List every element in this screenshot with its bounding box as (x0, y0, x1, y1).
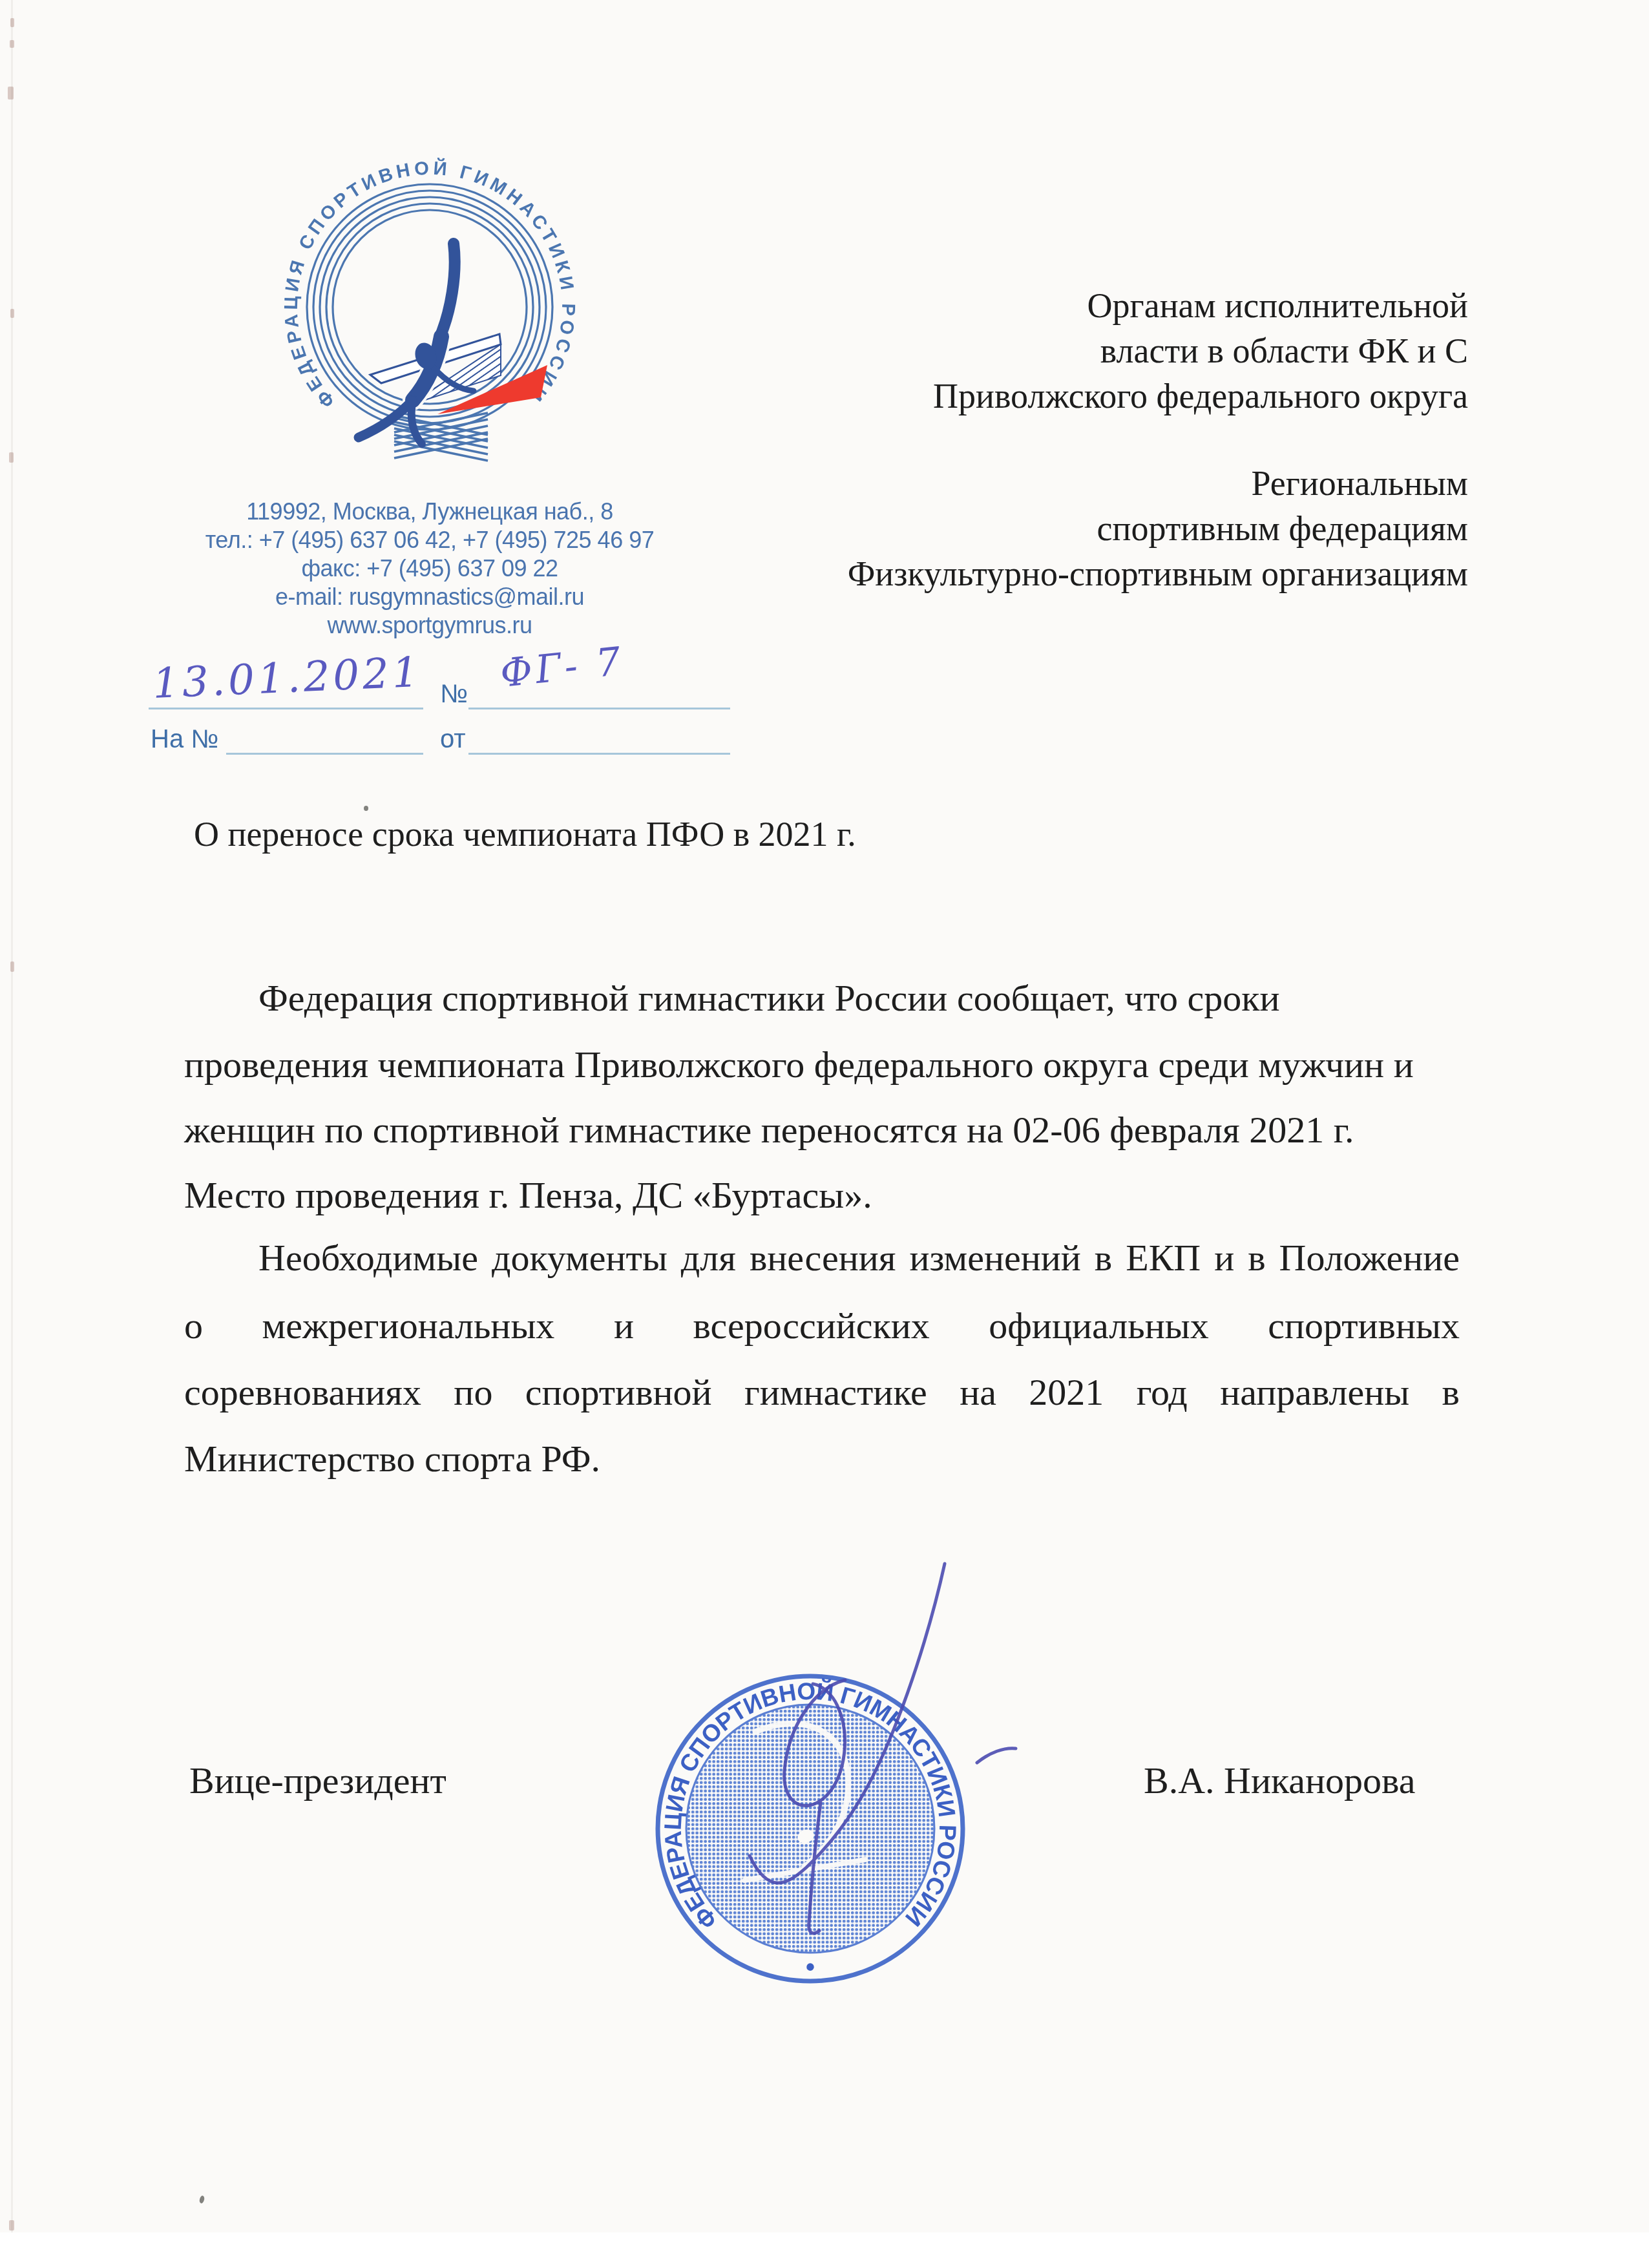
recipient-line: Региональным (848, 461, 1468, 506)
body-line: соревнованиях по спортивной гимнастике н… (184, 1370, 1460, 1415)
reply-underline (226, 753, 423, 755)
signature-tick-stroke (977, 1748, 1016, 1763)
letterhead-contact-block: 119992, Москва, Лужнецкая наб., 8 тел.: … (139, 498, 720, 640)
recipient-line: спортивным федерациям (848, 506, 1468, 551)
signatory-name: В.А. Никанорова (1144, 1759, 1415, 1802)
body-line: о межрегиональных и всероссийских официа… (184, 1303, 1460, 1349)
federation-logo: ФЕДЕРАЦИЯ СПОРТИВНОЙ ГИМНАСТИКИ РОССИИ (275, 152, 585, 462)
number-underline (468, 708, 730, 709)
scan-artifact (9, 2220, 14, 2231)
scanned-letter-page: ФЕДЕРАЦИЯ СПОРТИВНОЙ ГИМНАСТИКИ РОССИИ (0, 0, 1649, 2268)
signatory-title: Вице-президент (189, 1759, 446, 1802)
handwritten-number: ФГ- 7 (498, 638, 626, 697)
body-line: Федерация спортивной гимнастики России с… (184, 976, 1460, 1021)
reply-to-label: На № (151, 725, 218, 754)
scan-bottom-edge (0, 2232, 1649, 2268)
scan-artifact (10, 309, 14, 318)
contact-address: 119992, Москва, Лужнецкая наб., 8 (139, 498, 720, 526)
body-line: проведения чемпионата Приволжского федер… (184, 1042, 1460, 1087)
contact-phone: тел.: +7 (495) 637 06 42, +7 (495) 725 4… (139, 526, 720, 554)
body-line: Необходимые документы для внесения измен… (184, 1235, 1460, 1281)
federation-round-stamp: ФЕДЕРАЦИЯ СПОРТИВНОЙ ГИМНАСТИКИ РОССИИ • (649, 1667, 972, 1990)
contact-email: e-mail: rusgymnastics@mail.ru (139, 583, 720, 611)
contact-website: www.sportgymrus.ru (139, 611, 720, 640)
body-line: Министерство спорта РФ. (184, 1436, 1460, 1482)
contact-fax: факс: +7 (495) 637 09 22 (139, 554, 720, 583)
gymnastics-federation-emblem-icon: ФЕДЕРАЦИЯ СПОРТИВНОЙ ГИМНАСТИКИ РОССИИ (275, 152, 585, 462)
recipient-line: Физкультурно-спортивным организациям (848, 551, 1468, 596)
subject-line: О переносе срока чемпионата ПФО в 2021 г… (194, 814, 856, 854)
stamp-separator-dot: • (806, 1953, 815, 1982)
ink-speck (364, 806, 368, 811)
ink-speck (199, 2195, 205, 2203)
date-underline (149, 708, 423, 709)
from-label: от (440, 725, 466, 754)
body-line: женщин по спортивной гимнастике перенося… (184, 1108, 1460, 1153)
recipient-line: власти в области ФК и С (848, 328, 1468, 373)
scan-edge-strip (11, 0, 13, 2232)
scan-artifact (10, 40, 14, 48)
scan-artifact (10, 961, 14, 972)
number-label: № (440, 680, 468, 709)
scan-artifact (10, 18, 14, 27)
round-stamp-icon: ФЕДЕРАЦИЯ СПОРТИВНОЙ ГИМНАСТИКИ РОССИИ • (649, 1667, 972, 1990)
scan-artifact (8, 87, 14, 100)
recipient-line: Органам исполнительной (848, 283, 1468, 328)
body-line: Место проведения г. Пенза, ДС «Буртасы». (184, 1173, 1460, 1218)
recipient-block: Органам исполнительной власти в области … (848, 283, 1468, 596)
from-underline (468, 753, 730, 755)
scan-artifact (9, 452, 14, 463)
handwritten-date: 13.01.2021 (152, 649, 423, 708)
recipient-line: Приволжского федерального округа (848, 373, 1468, 419)
recipient-gap (848, 419, 1468, 461)
